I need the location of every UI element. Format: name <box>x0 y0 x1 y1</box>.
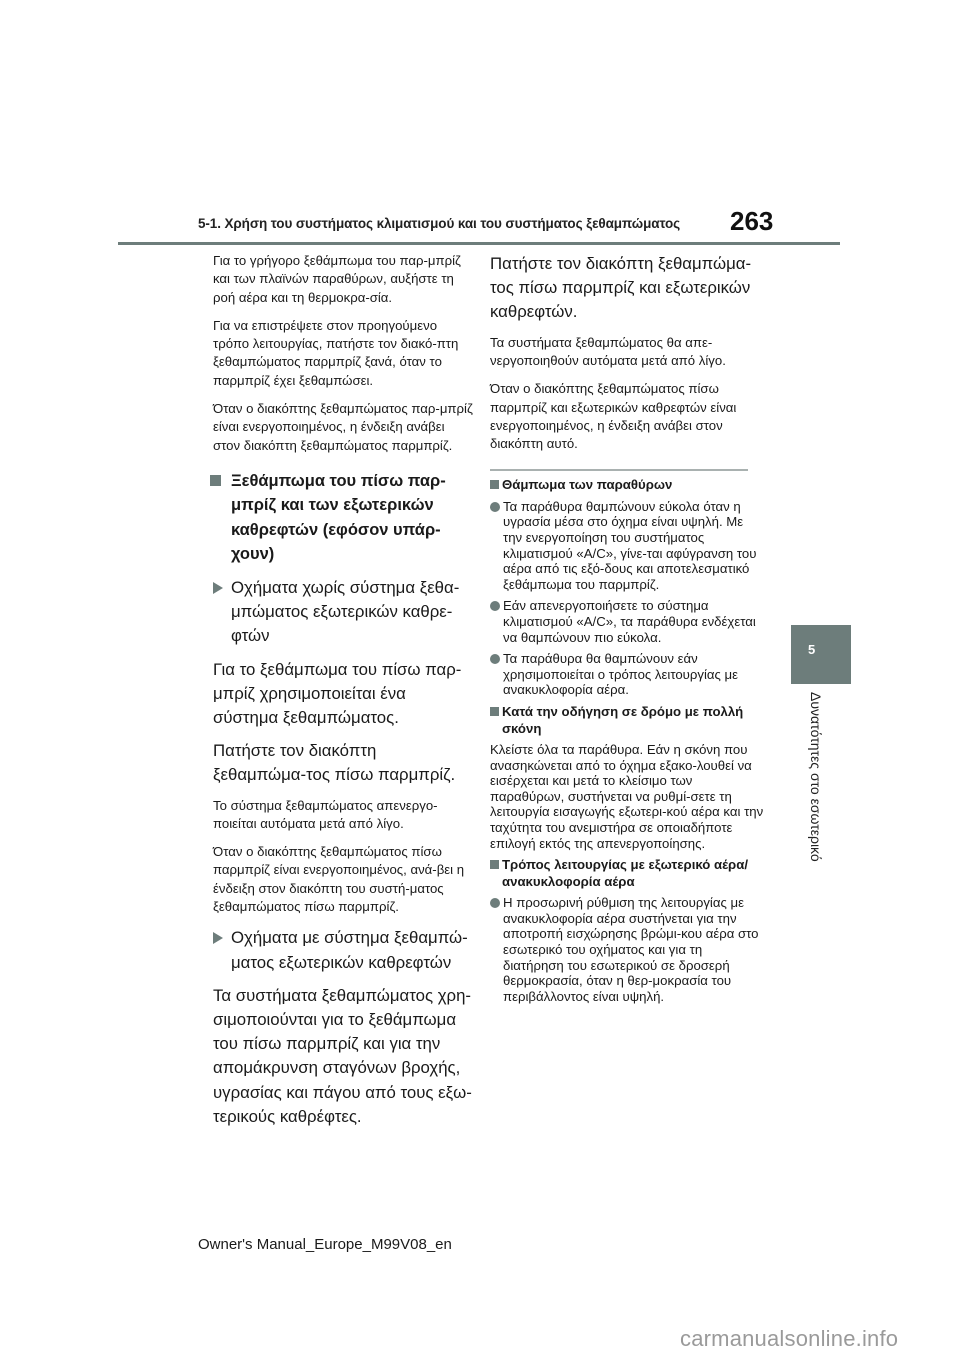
left-column: Για το γρήγορο ξεθάμπωμα του παρ-μπρίζ κ… <box>213 252 473 1138</box>
square-bullet-icon <box>490 480 499 489</box>
chapter-tab[interactable] <box>791 625 851 684</box>
list-item: Τα παράθυρα θαμπώνουν εύκολα όταν η υγρα… <box>490 499 765 593</box>
list-item: Τα παράθυρα θα θαμπώνουν εάν χρησιμοποιε… <box>490 651 765 698</box>
header-rule <box>118 242 840 245</box>
square-bullet-icon <box>490 860 499 869</box>
page-number: 263 <box>730 206 773 237</box>
triangle-bullet-icon <box>213 582 223 594</box>
body-paragraph: Πατήστε τον διακόπτη ξεθαμπώμα-τος πίσω … <box>213 739 473 787</box>
right-column: Πατήστε τον διακόπτη ξεθαμπώμα-τος πίσω … <box>490 252 765 1010</box>
note-paragraph: Όταν ο διακόπτης ξεθαμπώματος πίσω παρμπ… <box>213 843 473 916</box>
note-heading-dusty-road: Κατά την οδήγηση σε δρόμο με πολλή σκόνη <box>490 704 765 737</box>
circle-bullet-icon <box>490 502 500 512</box>
body-paragraph: Για το ξεθάμπωμα του πίσω παρ-μπρίζ χρησ… <box>213 658 473 731</box>
chapter-label: Δυνατότητες στο εσωτερικό <box>808 692 830 892</box>
square-bullet-icon <box>210 475 221 486</box>
section-heading-rear-defogger: Ξεθάμπωμα του πίσω παρ-μπρίζ και των εξω… <box>213 469 473 567</box>
intro-paragraph: Για το γρήγορο ξεθάμπωμα του παρ-μπρίζ κ… <box>213 252 473 307</box>
square-bullet-icon <box>490 707 499 716</box>
subheading-without-mirror-defogger: Οχήματα χωρίς σύστημα ξεθα-μπώματος εξωτ… <box>213 576 473 649</box>
chapter-number: 5 <box>808 642 815 657</box>
note-paragraph: Τα συστήματα ξεθαμπώματος θα απε-νεργοπο… <box>490 334 765 371</box>
intro-paragraph: Όταν ο διακόπτης ξεθαμπώματος παρ-μπρίζ … <box>213 400 473 455</box>
note-heading-window-fogging: Θάμπωμα των παραθύρων <box>490 477 765 494</box>
manual-id-footer: Owner's Manual_Europe_M99V08_en <box>198 1236 452 1253</box>
note-paragraph: Το σύστημα ξεθαμπώματος απενεργο-ποιείτα… <box>213 797 473 834</box>
body-paragraph: Τα συστήματα ξεθαμπώματος χρη-σιμοποιούν… <box>213 984 473 1129</box>
intro-paragraph: Για να επιστρέψετε στον προηγούμενο τρόπ… <box>213 317 473 390</box>
body-paragraph: Πατήστε τον διακόπτη ξεθαμπώμα-τος πίσω … <box>490 252 765 325</box>
note-heading-air-mode: Τρόπος λειτουργίας με εξωτερικό αέρα/ανα… <box>490 857 765 890</box>
notes-divider <box>490 469 748 471</box>
note-body: Κλείστε όλα τα παράθυρα. Εάν η σκόνη που… <box>490 742 765 851</box>
list-item: Η προσωρινή ρύθμιση της λειτουργίας με α… <box>490 895 765 1004</box>
subheading-with-mirror-defogger: Οχήματα με σύστημα ξεθαμπώ-ματος εξωτερι… <box>213 926 473 974</box>
watermark: carmanualsonline.info <box>680 1326 898 1352</box>
triangle-bullet-icon <box>213 932 223 944</box>
section-title: 5-1. Χρήση του συστήματος κλιματισμού κα… <box>198 216 680 231</box>
note-paragraph: Όταν ο διακόπτης ξεθαμπώματος πίσω παρμπ… <box>490 380 765 453</box>
list-item: Εάν απενεργοποιήσετε το σύστημα κλιματισ… <box>490 598 765 645</box>
